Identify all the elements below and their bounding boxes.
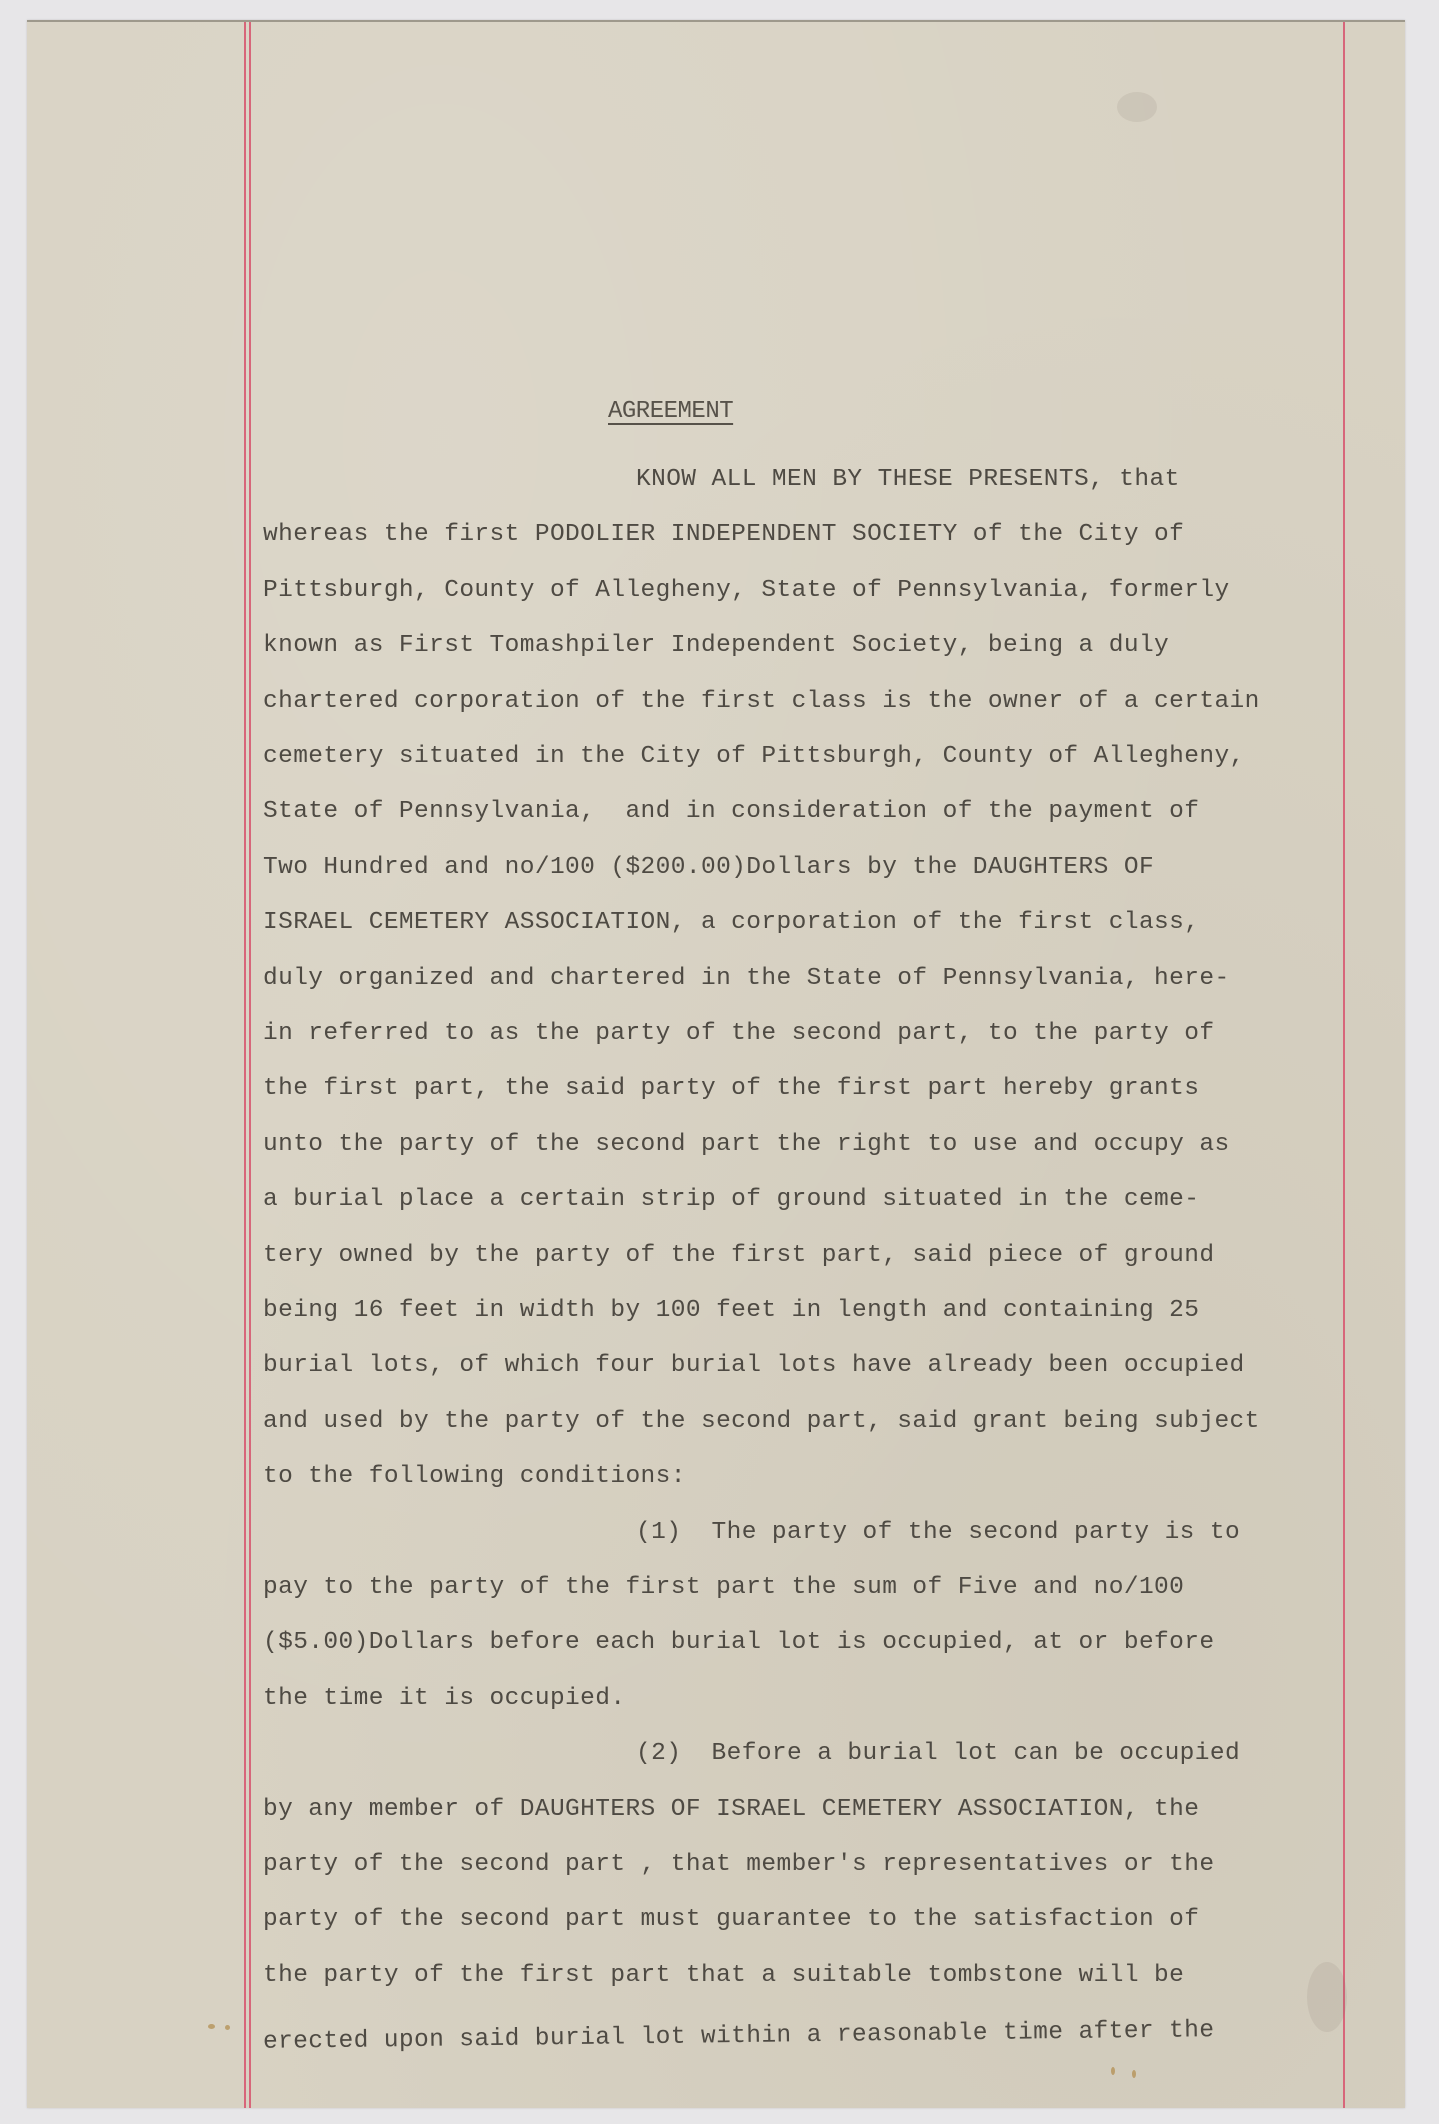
document-line: by any member of DAUGHTERS OF ISRAEL CEM… xyxy=(263,1796,1199,1823)
document-line: being 16 feet in width by 100 feet in le… xyxy=(263,1297,1199,1324)
document-line: the party of the first part that a suita… xyxy=(263,1962,1184,1989)
rust-stain xyxy=(1111,2067,1115,2075)
document-line: burial lots, of which four burial lots h… xyxy=(263,1352,1245,1379)
rust-stain xyxy=(1132,2070,1136,2078)
document-line: cemetery situated in the City of Pittsbu… xyxy=(263,743,1245,770)
document-line: Pittsburgh, County of Allegheny, State o… xyxy=(263,577,1230,604)
document-line: party of the second part must guarantee … xyxy=(263,1906,1199,1933)
left-margin-rule xyxy=(244,22,246,2108)
document-line: a burial place a certain strip of ground… xyxy=(263,1186,1199,1213)
document-line: duly organized and chartered in the Stat… xyxy=(263,965,1230,992)
document-line: and used by the party of the second part… xyxy=(263,1408,1260,1435)
document-line: Two Hundred and no/100 ($200.00)Dollars … xyxy=(263,854,1154,881)
document-line: in referred to as the party of the secon… xyxy=(263,1020,1214,1047)
document-line: tery owned by the party of the first par… xyxy=(263,1242,1214,1269)
document-line: State of Pennsylvania, and in considerat… xyxy=(263,798,1199,825)
document-line: to the following conditions: xyxy=(263,1463,686,1490)
paper-smudge xyxy=(1117,92,1157,122)
document-line: the first part, the said party of the fi… xyxy=(263,1075,1199,1102)
left-margin-rule-inner xyxy=(249,22,251,2108)
right-margin-rule xyxy=(1343,22,1345,2108)
document-line: (1) The party of the second party is to xyxy=(636,1519,1240,1546)
document-line: ISRAEL CEMETERY ASSOCIATION, a corporati… xyxy=(263,909,1199,936)
document-line: chartered corporation of the first class… xyxy=(263,688,1260,715)
document-line: known as First Tomashpiler Independent S… xyxy=(263,632,1169,659)
document-line: KNOW ALL MEN BY THESE PRESENTS, that xyxy=(636,466,1180,493)
document-line: pay to the party of the first part the s… xyxy=(263,1574,1184,1601)
document-line: ($5.00)Dollars before each burial lot is… xyxy=(263,1629,1214,1656)
document-line: the time it is occupied. xyxy=(263,1685,625,1712)
document-line: whereas the first PODOLIER INDEPENDENT S… xyxy=(263,521,1184,548)
document-title: AGREEMENT xyxy=(608,398,733,425)
paper-smudge xyxy=(1307,1962,1347,2032)
document-line: unto the party of the second part the ri… xyxy=(263,1131,1230,1158)
rust-stain xyxy=(225,2025,230,2030)
document-line: party of the second part , that member's… xyxy=(263,1851,1214,1878)
rust-stain xyxy=(208,2024,215,2029)
document-line: (2) Before a burial lot can be occupied xyxy=(636,1740,1240,1767)
